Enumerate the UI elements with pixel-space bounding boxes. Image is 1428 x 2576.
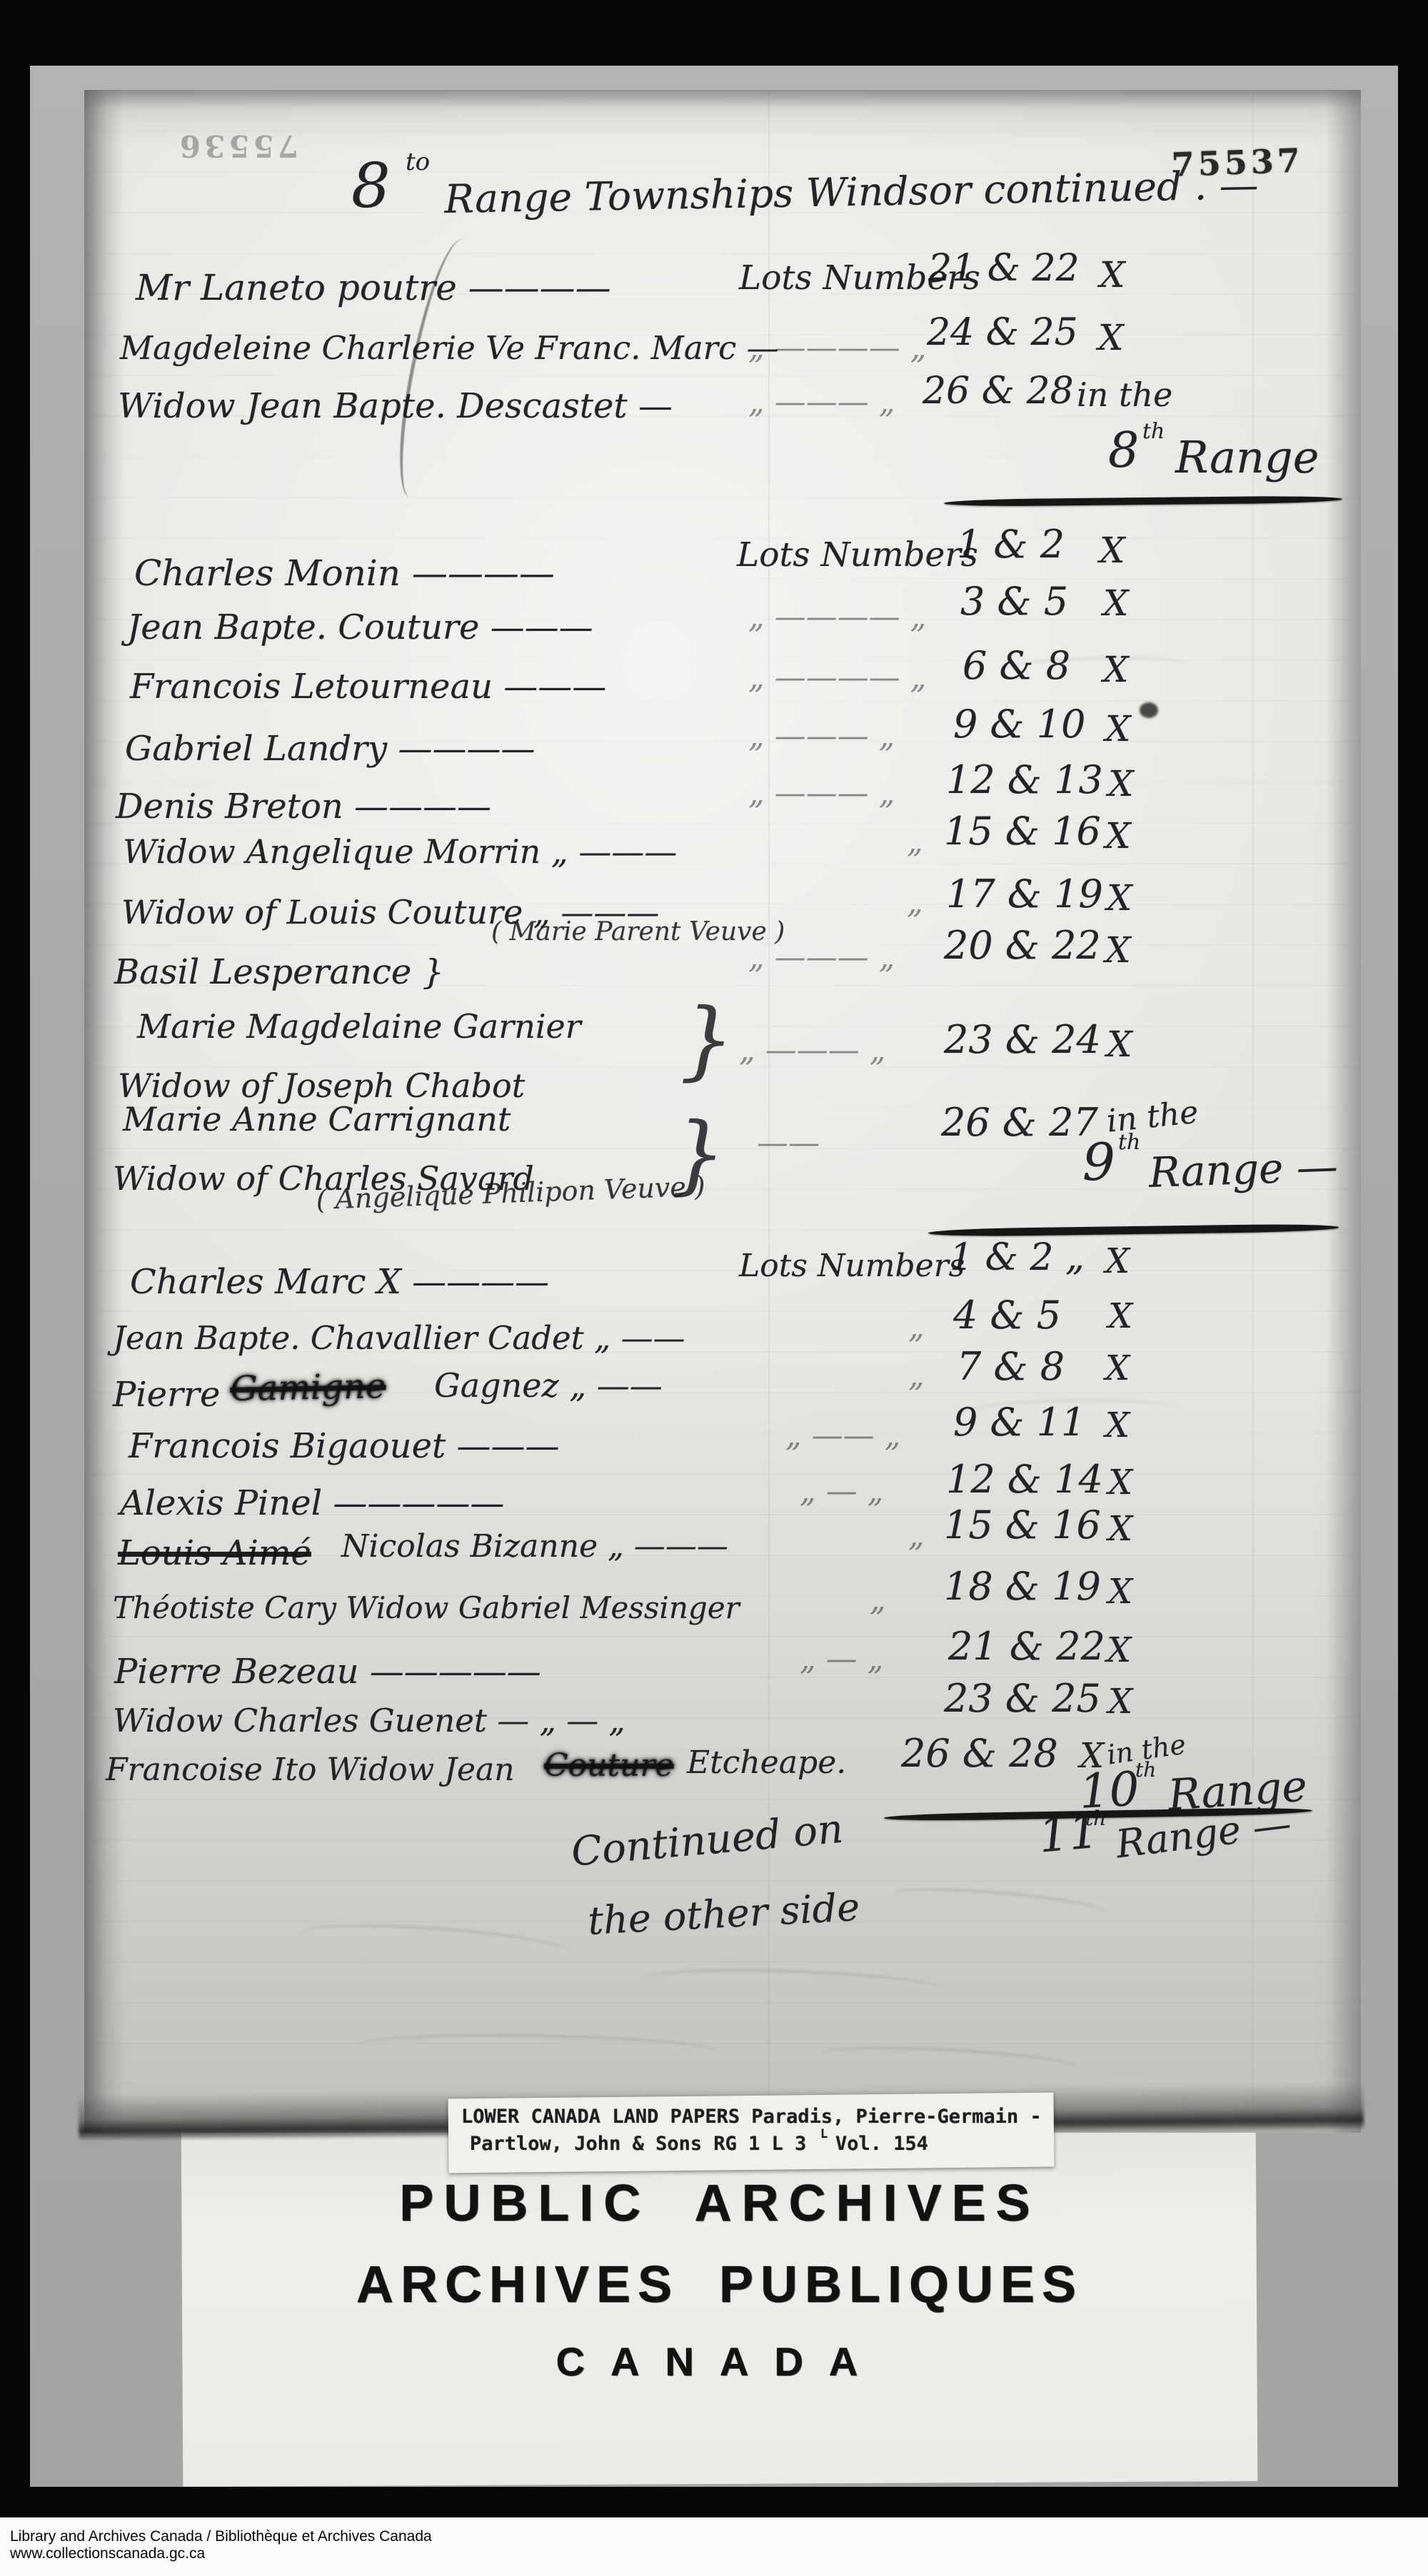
g3-r3-mark: X <box>1105 1351 1130 1385</box>
g3-r10-strike: Couture <box>544 1750 674 1782</box>
g2-r9-name-1: Marie Magdelaine Garnier <box>137 1010 581 1043</box>
label-line-2-superscript: L <box>820 2127 828 2141</box>
g3-r5-ditto: „ — „ <box>800 1476 884 1507</box>
g2-r3-mark: X <box>1103 652 1129 687</box>
label-line-2-volume: Vol. 154 <box>835 2133 928 2155</box>
g3-r5-lots: 12 & 14 <box>946 1460 1103 1499</box>
g2-r4-name: Gabriel Landry ———— <box>125 732 535 766</box>
stamp-75537: 75537 <box>1171 144 1304 181</box>
g3-r6-name: Nicolas Bizanne „ ——— <box>341 1531 728 1562</box>
g1-r1-name: Mr Laneto poutre ———— <box>136 270 611 305</box>
g2-r5-lots: 12 & 13 <box>946 761 1103 799</box>
g2-r3-lots: 6 & 8 <box>962 647 1070 685</box>
g2-r10-dash: —— <box>757 1128 820 1159</box>
archive-stamp-line-3: CANADA <box>556 2338 884 2385</box>
g3-r1-mark: X <box>1105 1244 1130 1278</box>
g3-r4-name: Francois Bigaouet ——— <box>129 1429 560 1463</box>
g2-r8-ditto: „ ——— „ <box>748 942 895 974</box>
g3-r3-name-1: Pierre <box>113 1378 220 1412</box>
g2-r7-lots: 17 & 19 <box>946 875 1103 914</box>
label-line-1: LOWER CANADA LAND PAPERS Paradis, Pierre… <box>461 2106 1042 2128</box>
heading-8: 8 <box>351 156 391 217</box>
g3-r8-mark: X <box>1107 1633 1131 1667</box>
g2-r9-ditto: „ ——— „ <box>739 1035 886 1066</box>
g2-r1-lots: 1 & 2 <box>957 525 1065 564</box>
footer-caption-line-1: Library and Archives Canada / Bibliothèq… <box>10 2528 432 2545</box>
g2-r10-name-1: Marie Anne Carrignant <box>123 1103 511 1136</box>
g3-r9-lots: 23 & 25 <box>944 1680 1101 1718</box>
g3-range-10-sup: th <box>1135 1760 1156 1780</box>
g3-r9-name: Widow Charles Guenet — „ — „ <box>113 1704 625 1737</box>
g3-r3-ditto: „ <box>908 1360 925 1392</box>
g2-r8-name: Basil Lesperance } <box>114 955 444 989</box>
g2-r3-name: Francois Letourneau ——— <box>130 670 606 704</box>
g3-r7-lots: 18 & 19 <box>944 1567 1101 1606</box>
g3-r2-ditto: „ <box>908 1312 925 1343</box>
g2-r1-name: Charles Monin ———— <box>134 555 555 591</box>
g2-r10-lots: 26 & 27 <box>941 1103 1098 1142</box>
g2-r6-name: Widow Angelique Morrin „ ——— <box>123 835 677 868</box>
g1-range-8: 8 <box>1108 427 1139 475</box>
g2-r8-mark: X <box>1105 932 1131 968</box>
g2-annotation-1: ( Marie Parent Veuve ) <box>491 919 785 945</box>
g1-r3-name: Widow Jean Bapte. Descastet — <box>118 389 673 423</box>
g2-r5-name: Denis Breton ———— <box>116 789 491 824</box>
g3-r1-lots: 1 & 2 „ <box>950 1239 1085 1276</box>
page-edge-top <box>84 90 1361 108</box>
page-edge-right <box>1327 90 1361 2133</box>
g3-r7-name: Théotiste Cary Widow Gabriel Messinger <box>113 1593 740 1623</box>
archive-stamp-line-1: PUBLIC ARCHIVES <box>399 2174 1040 2233</box>
g2-r5-ditto: „ ——— „ <box>748 778 895 809</box>
g3-r6-mark: X <box>1108 1512 1132 1546</box>
g3-r6-ditto: „ <box>908 1520 925 1552</box>
g1-r2-name: Magdeleine Charlerie Ve Franc. Marc — <box>120 332 779 364</box>
g2-range-word: Range — <box>1148 1146 1339 1193</box>
g2-r9-brace: } <box>680 998 734 1084</box>
g2-r2-mark: X <box>1103 585 1129 621</box>
g3-r8-ditto: „ — „ <box>800 1644 884 1675</box>
g2-r9-lots: 23 & 24 <box>944 1021 1101 1059</box>
g2-r4-lots: 9 & 10 <box>953 705 1085 744</box>
footer-range-11-sup: th <box>1085 1809 1106 1829</box>
g2-r2-ditto: „ ———— „ <box>748 602 927 633</box>
g3-r8-name: Pierre Bezeau ————— <box>114 1655 541 1689</box>
g1-r1-lots: 21 & 22 <box>928 250 1080 287</box>
mirrored-stamp-75536: 75536 <box>176 131 298 161</box>
g2-r4-mark: X <box>1105 711 1131 747</box>
g1-r2-ditto: „ ———— „ <box>748 333 927 364</box>
g3-r2-mark: X <box>1108 1299 1132 1333</box>
g3-r6-strike: Louis Aimé <box>118 1536 311 1570</box>
g1-r3-ditto: „ ——— „ <box>748 387 895 418</box>
g2-r5-mark: X <box>1108 766 1134 802</box>
g2-r2-name: Jean Bapte. Couture ——— <box>127 610 593 645</box>
g3-r4-ditto: „ —— „ <box>785 1420 901 1452</box>
g2-range-9: 9 <box>1082 1136 1115 1188</box>
g1-r3-lots: 26 & 28 <box>922 373 1074 410</box>
g3-r2-lots: 4 & 5 <box>953 1296 1061 1335</box>
g2-r2-lots: 3 & 5 <box>960 582 1068 621</box>
g2-r7-ditto: „ <box>907 887 923 919</box>
g2-r4-ditto: „ ——— „ <box>748 721 895 752</box>
heading-8-sup: to <box>406 150 430 174</box>
g2-r6-mark: X <box>1105 818 1131 854</box>
g3-r5-mark: X <box>1108 1465 1132 1500</box>
label-line-2: Partlow, John & Sons RG 1 L 3 <box>470 2133 806 2155</box>
g3-r4-mark: X <box>1105 1408 1130 1443</box>
g1-range-word: Range <box>1175 435 1319 480</box>
g2-r3-ditto: „ ———— „ <box>748 662 927 694</box>
g3-r3-strike: Gamigne <box>230 1369 386 1406</box>
g2-r9-mark: X <box>1107 1026 1132 1062</box>
g3-r1-name: Charles Marc X ———— <box>130 1265 549 1299</box>
g1-range-8-sup: th <box>1142 421 1165 443</box>
g3-r10-lots: 26 & 28 <box>901 1734 1058 1773</box>
ink-blot <box>1140 702 1158 718</box>
g2-r7-mark: X <box>1107 880 1132 916</box>
g3-r7-ditto: „ <box>870 1585 886 1616</box>
g2-r6-ditto: „ <box>907 827 923 858</box>
g1-r3-suffix: in the <box>1077 378 1172 411</box>
g3-r8-lots: 21 & 22 <box>948 1627 1105 1666</box>
scan-background: { "manuscript": { "items": [ {"n":"mirro… <box>0 0 1428 2576</box>
g2-r9-name-2: Widow of Joseph Chabot <box>118 1069 525 1102</box>
g1-r2-mark: X <box>1098 320 1124 355</box>
footer-caption-bar <box>0 2517 1428 2576</box>
g3-r3-name-2: Gagnez „ —— <box>434 1369 663 1402</box>
footer-caption-url: www.collectionscanada.gc.ca <box>10 2545 205 2562</box>
g2-r1-lots-label: Lots Numbers <box>737 538 978 572</box>
g3-r10-name: Francoise Ito Widow Jean <box>106 1754 515 1786</box>
archive-stamp-line-2: ARCHIVES PUBLIQUES <box>356 2256 1083 2314</box>
g2-r8-lots: 20 & 22 <box>944 926 1101 965</box>
g1-r1-mark: X <box>1100 257 1125 293</box>
g3-r9-mark: X <box>1108 1684 1132 1719</box>
g2-range-9-sup: th <box>1118 1132 1140 1153</box>
g3-r10-name-2: Etcheape. <box>687 1747 846 1779</box>
g2-r1-mark: X <box>1100 532 1125 568</box>
g1-r2-lots: 24 & 25 <box>927 314 1078 351</box>
g3-r1-lots-label: Lots Numbers <box>739 1251 965 1282</box>
g3-r3-lots: 7 & 8 <box>957 1348 1065 1386</box>
g3-r5-name: Alexis Pinel ————— <box>120 1486 504 1520</box>
g3-r4-lots: 9 & 11 <box>953 1403 1085 1442</box>
g3-r2-name: Jean Bapte. Chavallier Cadet „ —— <box>113 1322 685 1354</box>
g3-r6-lots: 15 & 16 <box>944 1506 1101 1545</box>
g3-r7-mark: X <box>1108 1575 1132 1609</box>
g2-r6-lots: 15 & 16 <box>944 812 1101 851</box>
